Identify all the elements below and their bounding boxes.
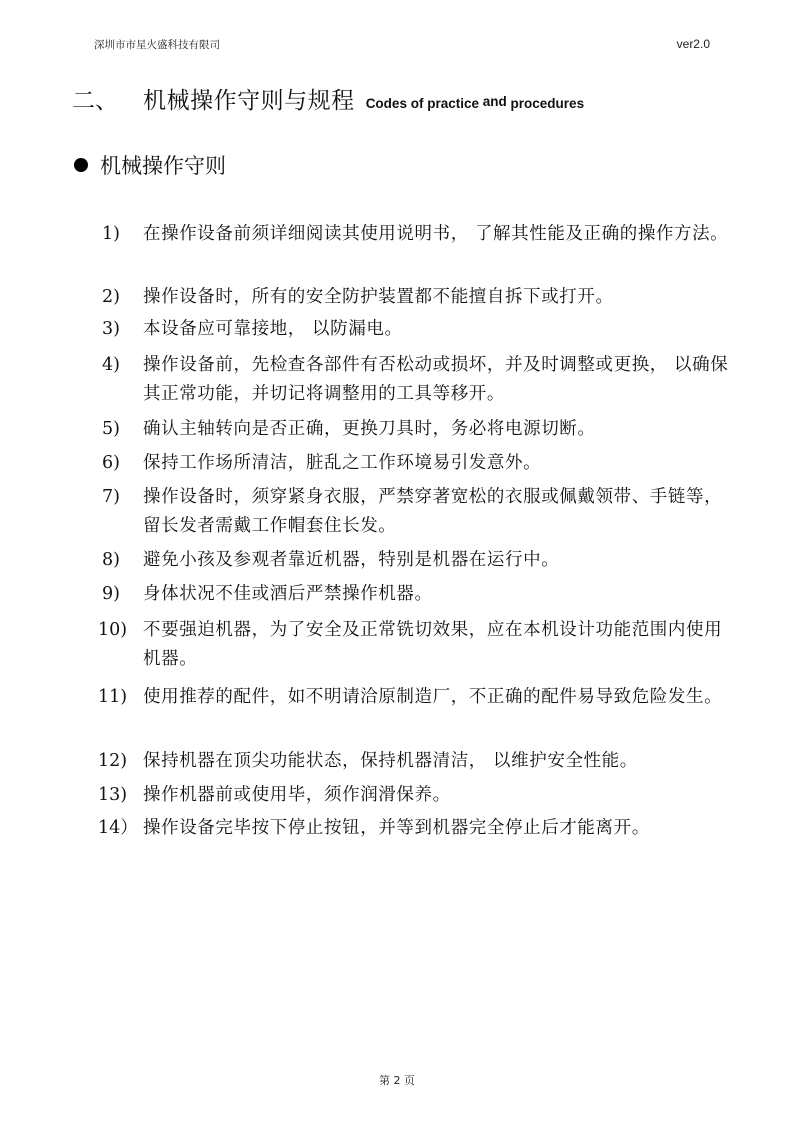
rule-number: 8) xyxy=(96,546,143,575)
rule-text: 避免小孩及参观者靠近机器，特别是机器在运行中。 xyxy=(143,546,736,575)
section-title-en-part: Codes of xyxy=(366,96,424,111)
list-item: 1) 在操作设备前须详细阅读其使用说明书， 了解其性能及正确的操作方法。 xyxy=(96,220,736,249)
section-title-en-part: and xyxy=(483,94,507,109)
rule-number: 7) xyxy=(96,483,143,541)
list-item: 6) 保持工作场所清洁，脏乱之工作环境易引发意外。 xyxy=(96,449,736,478)
rule-text: 身体状况不佳或酒后严禁操作机器。 xyxy=(143,580,736,609)
rule-number: 3) xyxy=(96,315,143,344)
section-number: 二、 xyxy=(72,82,138,115)
rule-number: 13) xyxy=(96,781,143,810)
rule-number: 5) xyxy=(96,415,143,444)
rule-text: 不要强迫机器，为了安全及正常铣切效果，应在本机设计功能范围内使用机器。 xyxy=(143,616,736,674)
list-item: 14） 操作设备完毕按下停止按钮，并等到机器完全停止后才能离开。 xyxy=(96,814,756,843)
list-item: 5) 确认主轴转向是否正确，更换刀具时，务必将电源切断。 xyxy=(96,415,736,444)
list-item: 8) 避免小孩及参观者靠近机器，特别是机器在运行中。 xyxy=(96,546,736,575)
rule-text: 本设备应可靠接地， 以防漏电。 xyxy=(143,315,736,344)
rule-text: 操作设备时，所有的安全防护装置都不能擅自拆下或打开。 xyxy=(143,283,736,312)
rule-text: 保持机器在顶尖功能状态，保持机器清洁， 以维护安全性能。 xyxy=(143,747,736,776)
rule-text: 操作机器前或使用毕，须作润滑保养。 xyxy=(143,781,736,810)
rule-number: 9) xyxy=(96,580,143,609)
section-title-chinese: 机械操作守则与规程 xyxy=(143,88,355,114)
bullet-icon xyxy=(74,158,88,172)
rule-number: 11) xyxy=(96,683,143,712)
list-item: 11) 使用推荐的配件，如不明请洽原制造厂，不正确的配件易导致危险发生。 xyxy=(96,683,736,712)
rule-number: 4) xyxy=(96,351,143,409)
list-item: 4) 操作设备前，先检查各部件有否松动或损坏，并及时调整或更换， 以确保其正常功… xyxy=(96,351,736,409)
subsection-title: 机械操作守则 xyxy=(100,150,226,180)
list-item: 2) 操作设备时，所有的安全防护装置都不能擅自拆下或打开。 xyxy=(96,283,736,312)
list-item: 7) 操作设备时，须穿紧身衣服，严禁穿著宽松的衣服或佩戴领带、手链等， 留长发者… xyxy=(96,483,736,541)
rule-number: 2) xyxy=(96,283,143,312)
rule-text: 操作设备前，先检查各部件有否松动或损坏，并及时调整或更换， 以确保其正常功能，并… xyxy=(143,351,736,409)
rule-number: 14） xyxy=(96,814,143,843)
page-number: 第 2 页 xyxy=(0,1072,794,1088)
section-title-en-part: practice xyxy=(427,96,479,111)
rule-text: 在操作设备前须详细阅读其使用说明书， 了解其性能及正确的操作方法。 xyxy=(143,220,736,249)
list-item: 13) 操作机器前或使用毕，须作润滑保养。 xyxy=(96,781,736,810)
section-title-en-part: procedures xyxy=(511,96,585,111)
rule-number: 1) xyxy=(96,220,143,249)
section-heading: 二、 机械操作守则与规程 Codes of practice and proce… xyxy=(72,82,584,115)
rule-text: 操作设备时，须穿紧身衣服，严禁穿著宽松的衣服或佩戴领带、手链等， 留长发者需戴工… xyxy=(143,483,736,541)
rule-number: 6) xyxy=(96,449,143,478)
rule-text: 操作设备完毕按下停止按钮，并等到机器完全停止后才能离开。 xyxy=(143,814,756,843)
subsection-heading: 机械操作守则 xyxy=(74,150,226,180)
rule-text: 使用推荐的配件，如不明请洽原制造厂，不正确的配件易导致危险发生。 xyxy=(143,683,736,712)
section-title-english: Codes of practice and procedures xyxy=(366,96,584,111)
list-item: 12) 保持机器在顶尖功能状态，保持机器清洁， 以维护安全性能。 xyxy=(96,747,736,776)
list-item: 3) 本设备应可靠接地， 以防漏电。 xyxy=(96,315,736,344)
company-name: 深圳市市星火盛科技有限司 xyxy=(94,37,220,52)
rule-text: 保持工作场所清洁，脏乱之工作环境易引发意外。 xyxy=(143,449,736,478)
document-version: ver2.0 xyxy=(677,37,710,51)
rule-number: 10) xyxy=(96,616,143,674)
list-item: 9) 身体状况不佳或酒后严禁操作机器。 xyxy=(96,580,736,609)
page-header: 深圳市市星火盛科技有限司 ver2.0 xyxy=(94,37,710,55)
rule-number: 12) xyxy=(96,747,143,776)
list-item: 10) 不要强迫机器，为了安全及正常铣切效果，应在本机设计功能范围内使用机器。 xyxy=(96,616,736,674)
rule-text: 确认主轴转向是否正确，更换刀具时，务必将电源切断。 xyxy=(143,415,736,444)
